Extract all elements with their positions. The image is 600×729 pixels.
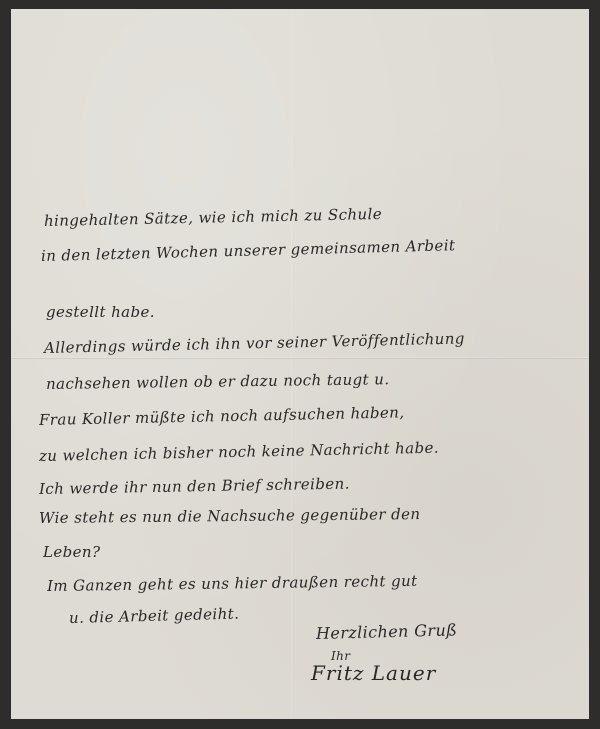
letter-closing: Herzlichen Gruß	[316, 620, 458, 643]
letter-line-11: Im Ganzen geht es uns hier draußen recht…	[47, 572, 418, 595]
letter-line-12: u. die Arbeit gedeiht.	[69, 605, 240, 627]
letter-line-2: in den letzten Wochen unserer gemeinsame…	[41, 236, 456, 265]
letter-line-7: zu welchen ich bisher noch keine Nachric…	[39, 439, 439, 465]
letter-line-8: Ich werde ihr nun den Brief schreiben.	[39, 475, 350, 498]
signature: Fritz Lauer	[311, 661, 436, 685]
letter-line-1: hingehalten Sätze, wie ich mich zu Schul…	[44, 205, 382, 230]
letter-line-10: Leben?	[43, 543, 100, 561]
letter-line-4: Allerdings würde ich ihn vor seiner Verö…	[44, 329, 465, 357]
letter-line-9: Wie steht es nun die Nachsuche gegenüber…	[39, 505, 421, 527]
horizontal-fold-crease	[11, 357, 589, 359]
letter-line-3: gestellt habe.	[46, 303, 155, 321]
letter-line-6: Frau Koller müßte ich noch aufsuchen hab…	[39, 403, 405, 429]
letter-page: hingehalten Sätze, wie ich mich zu Schul…	[11, 9, 589, 719]
letter-line-5: nachsehen wollen ob er dazu noch taugt u…	[46, 370, 390, 393]
vertical-fold-crease	[291, 9, 292, 719]
